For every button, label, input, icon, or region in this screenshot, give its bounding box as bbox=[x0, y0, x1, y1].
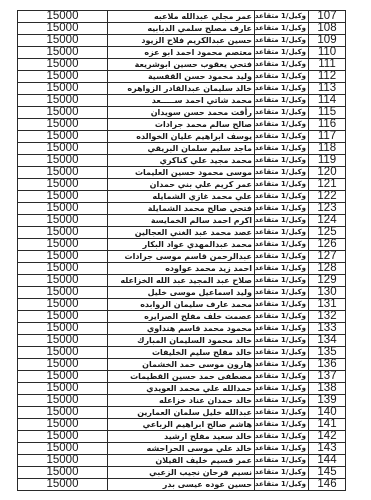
rank-cell: وكيل/1 متقاعد bbox=[255, 395, 309, 407]
rank-cell: وكيل/1 متقاعد bbox=[255, 431, 309, 443]
rank-cell: وكيل/1 متقاعد bbox=[255, 455, 309, 467]
table-row: 15000 عصمت خلف مفلح الصرايره وكيل/1 متقا… bbox=[18, 311, 346, 323]
name-cell: محمد مجيد علي كناكري bbox=[108, 155, 255, 167]
amount-cell: 15000 bbox=[18, 299, 108, 311]
rank-cell: وكيل/1 متقاعد bbox=[255, 23, 309, 35]
amount-cell: 15000 bbox=[18, 455, 108, 467]
table-row: 15000 نسيم فرحان نجيب الزعبي وكيل/1 متقا… bbox=[18, 467, 346, 479]
name-cell: وليد اسماعيل موسى خليل bbox=[108, 287, 255, 299]
amount-cell: 15000 bbox=[18, 227, 108, 239]
table-row: 15000 محمد عارف سليمان الروابده وكيل/1 م… bbox=[18, 299, 346, 311]
row-number-cell: 139 bbox=[309, 395, 346, 407]
amount-cell: 15000 bbox=[18, 59, 108, 71]
amount-cell: 15000 bbox=[18, 323, 108, 335]
name-cell: خالد سعيد مفلح ارشيد bbox=[108, 431, 255, 443]
name-cell: مصطفى حمد حسين القطيمات bbox=[108, 371, 255, 383]
table-row: 15000 خالد سليمان عبدالقادر الزواهره وكي… bbox=[18, 83, 346, 95]
row-number-cell: 122 bbox=[309, 191, 346, 203]
rank-cell: وكيل/1 متقاعد bbox=[255, 179, 309, 191]
rank-cell: وكيل/1 متقاعد bbox=[255, 131, 309, 143]
row-number-cell: 111 bbox=[309, 59, 346, 71]
rank-cell: وكيل/1 متقاعد bbox=[255, 191, 309, 203]
table-row: 15000 خالد علي موسى الحراحشه وكيل/1 متقا… bbox=[18, 443, 346, 455]
rank-cell: وكيل/1 متقاعد bbox=[255, 227, 309, 239]
name-cell: صلاح عبد المجيد عبد الله الخزاعله bbox=[108, 275, 255, 287]
rank-cell: وكيل/1 متقاعد bbox=[255, 359, 309, 371]
name-cell: عمر كريم علي بني حمدان bbox=[108, 179, 255, 191]
rank-cell: وكيل/1 متقاعد bbox=[255, 71, 309, 83]
name-cell: محمد عبدالمهدي عواد البكار bbox=[108, 239, 255, 251]
row-number-cell: 123 bbox=[309, 203, 346, 215]
table-row: 15000 حسين عبدالكريم فلاح الزيود وكيل/1 … bbox=[18, 35, 346, 47]
table-row: 15000 عارف مصلح سلمي الدبابيه وكيل/1 متق… bbox=[18, 23, 346, 35]
name-cell: حسين عوده عيسى بدر bbox=[108, 479, 255, 491]
row-number-cell: 130 bbox=[309, 287, 346, 299]
amount-cell: 15000 bbox=[18, 371, 108, 383]
table-row: 15000 رأفت محمد حسن سويدان وكيل/1 متقاعد… bbox=[18, 107, 346, 119]
table-row: 15000 فتحي يعقوب حسين ابوشريعة وكيل/1 مت… bbox=[18, 59, 346, 71]
rank-cell: وكيل/1 متقاعد bbox=[255, 143, 309, 155]
name-cell: عصمت خلف مفلح الصرايره bbox=[108, 311, 255, 323]
row-number-cell: 116 bbox=[309, 119, 346, 131]
amount-cell: 15000 bbox=[18, 407, 108, 419]
name-cell: فتحي يعقوب حسين ابوشريعة bbox=[108, 59, 255, 71]
name-cell: محمد عارف سليمان الروابده bbox=[108, 299, 255, 311]
rank-cell: وكيل/1 متقاعد bbox=[255, 479, 309, 491]
name-cell: صالح سالم محمد جرادات bbox=[108, 119, 255, 131]
document-sheet: 15000 عمر مجلي عبدالله ملاعبه وكيل/1 متق… bbox=[17, 10, 345, 491]
rank-cell: وكيل/1 متقاعد bbox=[255, 35, 309, 47]
amount-cell: 15000 bbox=[18, 467, 108, 479]
amount-cell: 15000 bbox=[18, 23, 108, 35]
amount-cell: 15000 bbox=[18, 287, 108, 299]
name-cell: خالد سليمان عبدالقادر الزواهره bbox=[108, 83, 255, 95]
row-number-cell: 132 bbox=[309, 311, 346, 323]
name-cell: اكرم احمد سالم الخمايسة bbox=[108, 215, 255, 227]
rank-cell: وكيل/1 متقاعد bbox=[255, 335, 309, 347]
row-number-cell: 137 bbox=[309, 371, 346, 383]
table-row: 15000 وليد اسماعيل موسى خليل وكيل/1 متقا… bbox=[18, 287, 346, 299]
name-cell: خالد علي موسى الحراحشه bbox=[108, 443, 255, 455]
amount-cell: 15000 bbox=[18, 143, 108, 155]
rank-cell: وكيل/1 متقاعد bbox=[255, 59, 309, 71]
amount-cell: 15000 bbox=[18, 359, 108, 371]
name-cell: محمود محمد قاسم هنداوي bbox=[108, 323, 255, 335]
table-row: 15000 محمود محمد قاسم هنداوي وكيل/1 متقا… bbox=[18, 323, 346, 335]
rank-cell: وكيل/1 متقاعد bbox=[255, 443, 309, 455]
table-row: 15000 فتحي صالح محمد الشمايلة وكيل/1 متق… bbox=[18, 203, 346, 215]
name-cell: عبدالرحمن قاسم موسى جرادات bbox=[108, 251, 255, 263]
amount-cell: 15000 bbox=[18, 443, 108, 455]
name-cell: خالد محمود السليمان المبارك bbox=[108, 335, 255, 347]
row-number-cell: 114 bbox=[309, 95, 346, 107]
amount-cell: 15000 bbox=[18, 311, 108, 323]
table-row: 15000 محمد مجيد علي كناكري وكيل/1 متقاعد… bbox=[18, 155, 346, 167]
amount-cell: 15000 bbox=[18, 419, 108, 431]
rank-cell: وكيل/1 متقاعد bbox=[255, 215, 309, 227]
name-cell: يوسف ابراهيم عليان الخوالده bbox=[108, 131, 255, 143]
table-row: 15000 عبدالرحمن قاسم موسى جرادات وكيل/1 … bbox=[18, 251, 346, 263]
amount-cell: 15000 bbox=[18, 263, 108, 275]
amount-cell: 15000 bbox=[18, 167, 108, 179]
table-row: 15000 مصطفى حمد حسين القطيمات وكيل/1 متق… bbox=[18, 371, 346, 383]
row-number-cell: 115 bbox=[309, 107, 346, 119]
rank-cell: وكيل/1 متقاعد bbox=[255, 239, 309, 251]
name-cell: فتحي صالح محمد الشمايلة bbox=[108, 203, 255, 215]
amount-cell: 15000 bbox=[18, 431, 108, 443]
amount-cell: 15000 bbox=[18, 179, 108, 191]
name-cell: رأفت محمد حسن سويدان bbox=[108, 107, 255, 119]
amount-cell: 15000 bbox=[18, 395, 108, 407]
name-cell: محمد شاتي احمد ســـــعد bbox=[108, 95, 255, 107]
table-row: 15000 حسين عوده عيسى بدر وكيل/1 متقاعد 1… bbox=[18, 479, 346, 491]
rank-cell: وكيل/1 متقاعد bbox=[255, 467, 309, 479]
rank-cell: وكيل/1 متقاعد bbox=[255, 347, 309, 359]
table-row: 15000 صالح سالم محمد جرادات وكيل/1 متقاع… bbox=[18, 119, 346, 131]
name-cell: عمر مجلي عبدالله ملاعبه bbox=[108, 11, 255, 23]
rank-cell: وكيل/1 متقاعد bbox=[255, 263, 309, 275]
rank-cell: وكيل/1 متقاعد bbox=[255, 371, 309, 383]
row-number-cell: 118 bbox=[309, 143, 346, 155]
row-number-cell: 131 bbox=[309, 299, 346, 311]
row-number-cell: 128 bbox=[309, 263, 346, 275]
row-number-cell: 127 bbox=[309, 251, 346, 263]
amount-cell: 15000 bbox=[18, 119, 108, 131]
table-row: 15000 خالد حمدان عناد خزاعله وكيل/1 متقا… bbox=[18, 395, 346, 407]
row-number-cell: 144 bbox=[309, 455, 346, 467]
name-cell: معتصم محمود احمد ابو عزه bbox=[108, 47, 255, 59]
amount-cell: 15000 bbox=[18, 383, 108, 395]
table-row: 15000 محمد شاتي احمد ســـــعد وكيل/1 متق… bbox=[18, 95, 346, 107]
row-number-cell: 142 bbox=[309, 431, 346, 443]
table-row: 15000 خالد سعيد مفلح ارشيد وكيل/1 متقاعد… bbox=[18, 431, 346, 443]
row-number-cell: 145 bbox=[309, 467, 346, 479]
rank-cell: وكيل/1 متقاعد bbox=[255, 83, 309, 95]
table-row: 15000 وليد محمود حسن القفسية وكيل/1 متقا… bbox=[18, 71, 346, 83]
table-row: 15000 صلاح عبد المجيد عبد الله الخزاعله … bbox=[18, 275, 346, 287]
amount-cell: 15000 bbox=[18, 95, 108, 107]
table-row: 15000 عصد محمد عبد الغني العجالين وكيل/1… bbox=[18, 227, 346, 239]
name-cell: عمر قسيم خليف القيلان bbox=[108, 455, 255, 467]
name-cell: احمد زيد محمد عواوده bbox=[108, 263, 255, 275]
name-cell: حمدالله علي محمد العويدي bbox=[108, 383, 255, 395]
rank-cell: وكيل/1 متقاعد bbox=[255, 311, 309, 323]
amount-cell: 15000 bbox=[18, 83, 108, 95]
amount-cell: 15000 bbox=[18, 275, 108, 287]
row-number-cell: 110 bbox=[309, 47, 346, 59]
amount-cell: 15000 bbox=[18, 203, 108, 215]
beneficiaries-table: 15000 عمر مجلي عبدالله ملاعبه وكيل/1 متق… bbox=[17, 10, 346, 491]
amount-cell: 15000 bbox=[18, 11, 108, 23]
name-cell: خالد حمدان عناد خزاعله bbox=[108, 395, 255, 407]
table-row: 15000 هاشم صالح ابراهيم الرباعي وكيل/1 م… bbox=[18, 419, 346, 431]
row-number-cell: 146 bbox=[309, 479, 346, 491]
rank-cell: وكيل/1 متقاعد bbox=[255, 11, 309, 23]
rank-cell: وكيل/1 متقاعد bbox=[255, 47, 309, 59]
rank-cell: وكيل/1 متقاعد bbox=[255, 155, 309, 167]
table-row: 15000 عبدالله خليل سلمان العمارين وكيل/1… bbox=[18, 407, 346, 419]
table-row: 15000 عمر كريم علي بني حمدان وكيل/1 متقا… bbox=[18, 179, 346, 191]
name-cell: حسين عبدالكريم فلاح الزيود bbox=[108, 35, 255, 47]
row-number-cell: 126 bbox=[309, 239, 346, 251]
rank-cell: وكيل/1 متقاعد bbox=[255, 203, 309, 215]
amount-cell: 15000 bbox=[18, 347, 108, 359]
name-cell: وليد محمود حسن القفسية bbox=[108, 71, 255, 83]
row-number-cell: 134 bbox=[309, 335, 346, 347]
row-number-cell: 117 bbox=[309, 131, 346, 143]
name-cell: ماجد سليم سلمان البريقي bbox=[108, 143, 255, 155]
table-row: 15000 محمد عبدالمهدي عواد البكار وكيل/1 … bbox=[18, 239, 346, 251]
name-cell: خالد مفلح سليم الخليفات bbox=[108, 347, 255, 359]
table-row: 15000 علي محمد غازي الشمايله وكيل/1 متقا… bbox=[18, 191, 346, 203]
row-number-cell: 124 bbox=[309, 215, 346, 227]
rank-cell: وكيل/1 متقاعد bbox=[255, 119, 309, 131]
row-number-cell: 108 bbox=[309, 23, 346, 35]
row-number-cell: 119 bbox=[309, 155, 346, 167]
row-number-cell: 135 bbox=[309, 347, 346, 359]
rank-cell: وكيل/1 متقاعد bbox=[255, 251, 309, 263]
row-number-cell: 112 bbox=[309, 71, 346, 83]
amount-cell: 15000 bbox=[18, 251, 108, 263]
rank-cell: وكيل/1 متقاعد bbox=[255, 287, 309, 299]
rank-cell: وكيل/1 متقاعد bbox=[255, 419, 309, 431]
rank-cell: وكيل/1 متقاعد bbox=[255, 299, 309, 311]
amount-cell: 15000 bbox=[18, 47, 108, 59]
table-row: 15000 ماجد سليم سلمان البريقي وكيل/1 متق… bbox=[18, 143, 346, 155]
rank-cell: وكيل/1 متقاعد bbox=[255, 167, 309, 179]
rank-cell: وكيل/1 متقاعد bbox=[255, 383, 309, 395]
row-number-cell: 125 bbox=[309, 227, 346, 239]
table-row: 15000 يوسف ابراهيم عليان الخوالده وكيل/1… bbox=[18, 131, 346, 143]
row-number-cell: 133 bbox=[309, 323, 346, 335]
row-number-cell: 121 bbox=[309, 179, 346, 191]
table-row: 15000 عمر قسيم خليف القيلان وكيل/1 متقاع… bbox=[18, 455, 346, 467]
table-row: 15000 عمر مجلي عبدالله ملاعبه وكيل/1 متق… bbox=[18, 11, 346, 23]
table-row: 15000 احمد زيد محمد عواوده وكيل/1 متقاعد… bbox=[18, 263, 346, 275]
table-row: 15000 خالد محمود السليمان المبارك وكيل/1… bbox=[18, 335, 346, 347]
amount-cell: 15000 bbox=[18, 107, 108, 119]
amount-cell: 15000 bbox=[18, 155, 108, 167]
amount-cell: 15000 bbox=[18, 35, 108, 47]
table-body: 15000 عمر مجلي عبدالله ملاعبه وكيل/1 متق… bbox=[18, 11, 346, 491]
name-cell: علي محمد غازي الشمايله bbox=[108, 191, 255, 203]
amount-cell: 15000 bbox=[18, 215, 108, 227]
row-number-cell: 109 bbox=[309, 35, 346, 47]
name-cell: هاشم صالح ابراهيم الرباعي bbox=[108, 419, 255, 431]
row-number-cell: 141 bbox=[309, 419, 346, 431]
amount-cell: 15000 bbox=[18, 131, 108, 143]
rank-cell: وكيل/1 متقاعد bbox=[255, 275, 309, 287]
name-cell: عصد محمد عبد الغني العجالين bbox=[108, 227, 255, 239]
table-row: 15000 حمدالله علي محمد العويدي وكيل/1 مت… bbox=[18, 383, 346, 395]
table-row: 15000 اكرم احمد سالم الخمايسة وكيل/1 متق… bbox=[18, 215, 346, 227]
amount-cell: 15000 bbox=[18, 239, 108, 251]
row-number-cell: 136 bbox=[309, 359, 346, 371]
rank-cell: وكيل/1 متقاعد bbox=[255, 95, 309, 107]
table-row: 15000 خالد مفلح سليم الخليفات وكيل/1 متق… bbox=[18, 347, 346, 359]
row-number-cell: 138 bbox=[309, 383, 346, 395]
amount-cell: 15000 bbox=[18, 479, 108, 491]
row-number-cell: 107 bbox=[309, 11, 346, 23]
amount-cell: 15000 bbox=[18, 71, 108, 83]
table-row: 15000 معتصم محمود احمد ابو عزه وكيل/1 مت… bbox=[18, 47, 346, 59]
rank-cell: وكيل/1 متقاعد bbox=[255, 107, 309, 119]
name-cell: عبدالله خليل سلمان العمارين bbox=[108, 407, 255, 419]
row-number-cell: 129 bbox=[309, 275, 346, 287]
name-cell: عارف مصلح سلمي الدبابيه bbox=[108, 23, 255, 35]
name-cell: نسيم فرحان نجيب الزعبي bbox=[108, 467, 255, 479]
row-number-cell: 140 bbox=[309, 407, 346, 419]
row-number-cell: 113 bbox=[309, 83, 346, 95]
name-cell: موسى محمود حسين العليمات bbox=[108, 167, 255, 179]
amount-cell: 15000 bbox=[18, 335, 108, 347]
row-number-cell: 120 bbox=[309, 167, 346, 179]
row-number-cell: 143 bbox=[309, 443, 346, 455]
name-cell: هارون موسى حمد الخشمان bbox=[108, 359, 255, 371]
table-row: 15000 هارون موسى حمد الخشمان وكيل/1 متقا… bbox=[18, 359, 346, 371]
rank-cell: وكيل/1 متقاعد bbox=[255, 407, 309, 419]
amount-cell: 15000 bbox=[18, 191, 108, 203]
table-row: 15000 موسى محمود حسين العليمات وكيل/1 مت… bbox=[18, 167, 346, 179]
rank-cell: وكيل/1 متقاعد bbox=[255, 323, 309, 335]
